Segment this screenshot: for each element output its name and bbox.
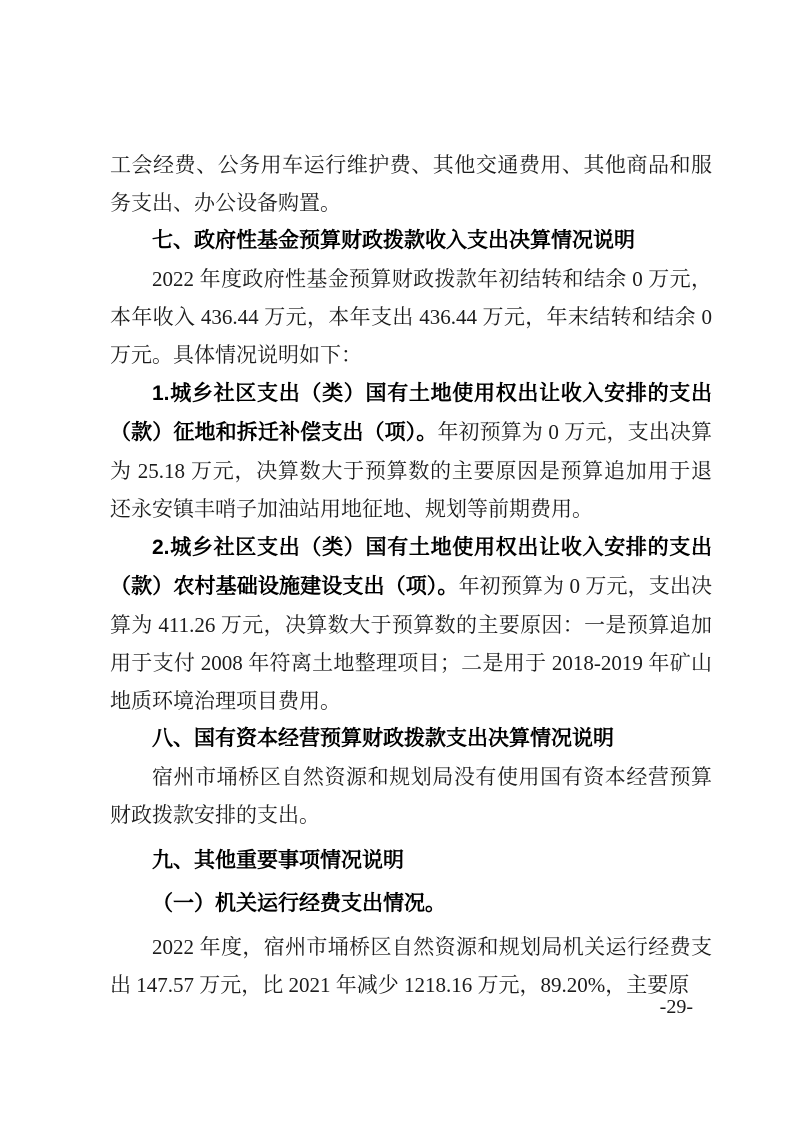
section-9-sub-1-paragraph: 2022 年度，宿州市埇桥区自然资源和规划局机关运行经费支出 147.57 万元…: [110, 928, 712, 1004]
section-9-sub-1-heading: （一）机关运行经费支出情况。: [110, 885, 712, 923]
page-number: -29-: [660, 995, 693, 1019]
item-1-paragraph: 1.城乡社区支出（类）国有土地使用权出让收入安排的支出（款）征地和拆迁补偿支出（…: [110, 374, 712, 528]
carryover-paragraph: 工会经费、公务用车运行维护费、其他交通费用、其他商品和服务支出、办公设备购置。: [110, 146, 712, 222]
section-8-paragraph: 宿州市埇桥区自然资源和规划局没有使用国有资本经营预算财政拨款安排的支出。: [110, 758, 712, 834]
document-page: 工会经费、公务用车运行维护费、其他交通费用、其他商品和服务支出、办公设备购置。 …: [0, 0, 793, 1122]
item-2-paragraph: 2.城乡社区支出（类）国有土地使用权出让收入安排的支出（款）农村基础设施建设支出…: [110, 528, 712, 720]
document-body: 工会经费、公务用车运行维护费、其他交通费用、其他商品和服务支出、办公设备购置。 …: [110, 146, 712, 1004]
section-7-heading: 七、政府性基金预算财政拨款收入支出决算情况说明: [110, 222, 712, 260]
section-7-intro-paragraph: 2022 年度政府性基金预算财政拨款年初结转和结余 0 万元，本年收入 436.…: [110, 260, 712, 374]
section-9-heading: 九、其他重要事项情况说明: [110, 842, 712, 880]
section-8-heading: 八、国有资本经营预算财政拨款支出决算情况说明: [110, 720, 712, 758]
